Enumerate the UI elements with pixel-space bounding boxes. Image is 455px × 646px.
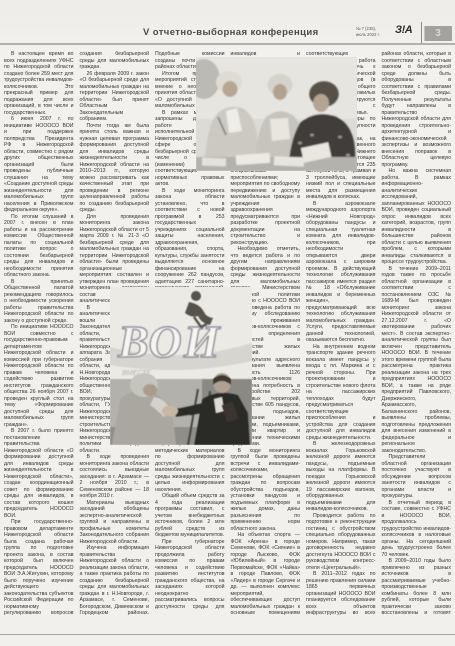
photo-conference-delegates-image: [196, 57, 357, 171]
article-paragraph: Материалы выездных заседаний обобщены эк…: [80, 500, 150, 546]
article-paragraph: На внутреннем водном транспорте здание р…: [306, 344, 376, 442]
masthead-logo: З!А: [395, 24, 412, 36]
article-paragraph: Но важна системная работа. В рамках инфо…: [382, 168, 452, 266]
article-paragraph: Представители областной организации пост…: [382, 454, 452, 500]
article-paragraph: 6 июня 2007 г. по инициативе НОООСО ВОИ …: [4, 116, 74, 214]
issue-info: № 7 (235), июль 2022 г.: [356, 26, 380, 38]
article-paragraph: Проводится работа по подготовке к реконс…: [306, 513, 376, 572]
issue-date: июль 2022 г.: [356, 32, 380, 38]
section-title: V отчетно-выборная конференция: [143, 27, 319, 38]
footer-rule: [0, 634, 455, 635]
article-paragraph: В принятых Общественной палатой рекоменд…: [4, 279, 74, 325]
article-paragraph: В ходе мониторинга группой были проведен…: [231, 448, 301, 533]
article-paragraph: В отчетный период в составе, совместно с…: [382, 500, 452, 559]
photo-handshake-image: ВОИ ВМЕСТЕ: [110, 287, 252, 445]
article-paragraph: В 2007 г. было принято постановление пра…: [4, 428, 74, 519]
header-rule: [0, 43, 455, 45]
newspaper-page: V отчетно-выборная конференция № 7 (235)…: [0, 0, 455, 646]
article-paragraph: По итогам слушаний в 2007 г. внесен в пл…: [4, 214, 74, 279]
article-paragraph: По инициативе НОООСО ВОИ совместно с гос…: [4, 324, 74, 428]
article-paragraph: 26 февраля 2009 г. закон «О безбарьерной…: [80, 71, 150, 123]
page-number-badge: 3: [424, 26, 452, 41]
article-paragraph: В ходе проведения мониторинга закона обл…: [80, 454, 150, 500]
article-paragraph: В аэровокзале международного аэропорта «…: [306, 201, 376, 344]
article-paragraph: В течение 2009–2011 годов также по прось…: [382, 266, 452, 455]
article-paragraph: В железнодорожных вокзалах Горьковской ж…: [306, 441, 376, 513]
photo-handshake-voi-banner: ВОИ ВМЕСТЕ: [110, 287, 252, 445]
article-paragraph: Почти тогда же была принята столь важная…: [80, 123, 150, 214]
article-paragraph: В настоящее время во всех подразделениях…: [4, 51, 74, 116]
photo-conference-delegates: [196, 57, 357, 171]
header-divider: [421, 22, 422, 43]
article-paragraph: Общий объем средств за 4 года реализации…: [155, 493, 225, 539]
